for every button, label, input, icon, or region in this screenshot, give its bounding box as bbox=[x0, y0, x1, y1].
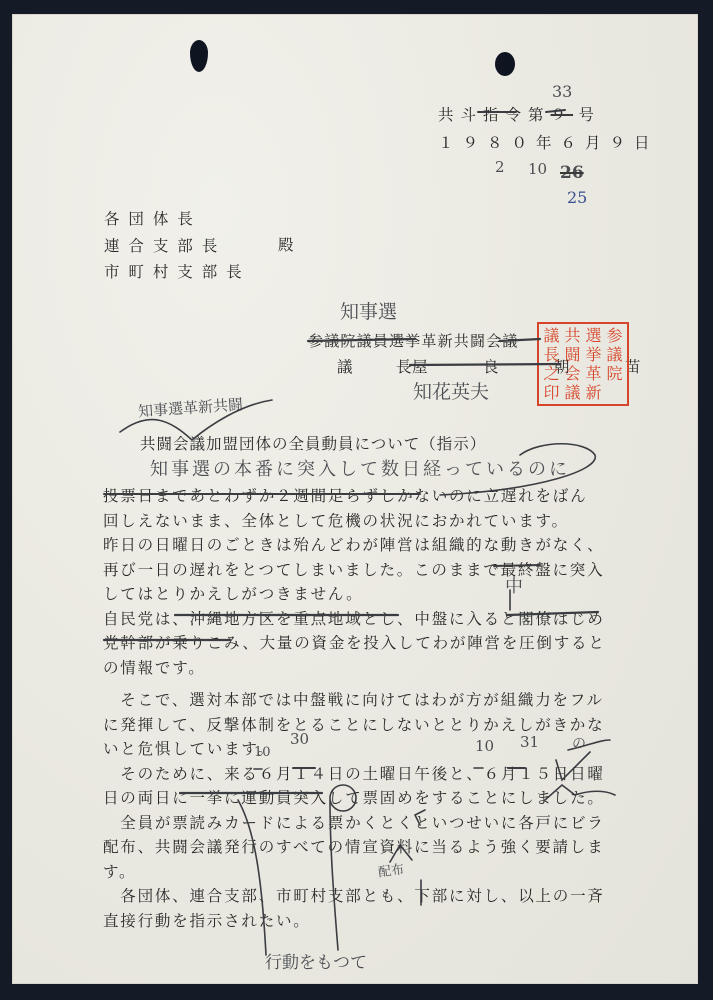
handwritten-date-day: 26 bbox=[560, 163, 584, 183]
document-date: １９８０年６月９日 bbox=[438, 131, 659, 153]
seal-char: 闘 bbox=[562, 345, 583, 364]
seal-char: 革 bbox=[583, 364, 604, 383]
handwritten-date-year: 2 bbox=[495, 158, 505, 176]
body-line: 各団体、連合支部、市町村支部とも、下部に対し、以上の一斉 bbox=[103, 884, 603, 909]
seal-char: 新 bbox=[583, 383, 604, 402]
handwritten-distribution-insert: 配布 bbox=[377, 858, 405, 880]
body-line: 全員が票読みカードによる票かくとくといつせいに各戸にビラ bbox=[103, 811, 603, 836]
body-line: 自民党は、沖縄地方区を重点地域とし、中盤に入ると閣僚はじめ bbox=[103, 607, 603, 632]
official-seal: 参 議 院 選 挙 革 新 共 闘 会 議 議 長 之 印 bbox=[537, 322, 629, 406]
seal-char: 長 bbox=[541, 345, 562, 364]
handwritten-date-correction-extra: の bbox=[572, 733, 586, 753]
body-line: 党幹部が乗りこみ、大量の資金を投入してわが陣営を圧倒すると bbox=[103, 631, 603, 656]
body-line: そこで、選対本部では中盤戦に向けてはわが方が組織力をフル bbox=[103, 688, 603, 713]
handwritten-bottom-note: 行動をもつて bbox=[265, 948, 367, 973]
seal-char: 印 bbox=[541, 383, 562, 402]
seal-char: 挙 bbox=[583, 345, 604, 364]
handwritten-body-insert: 知事選の本番に突入して数日経っているのに bbox=[150, 455, 570, 481]
addressee-honorific: 殿 bbox=[278, 233, 294, 255]
seal-char: 之 bbox=[541, 364, 562, 383]
body-line: 配布、共闘会議発行のすべての情宣資料に当るよう強く要請しま bbox=[103, 835, 603, 860]
addressee-line: 連 合 支 部 長 bbox=[104, 233, 244, 260]
handwritten-sender-insert: 知事選 bbox=[340, 297, 397, 324]
seal-char: 議 bbox=[604, 345, 625, 364]
punch-hole bbox=[495, 52, 515, 76]
handwritten-date-correction-month: 10 bbox=[254, 745, 271, 760]
body-line: 昨日の日曜日のごときは殆んどわが陣営は組織的な動きがなく、 bbox=[103, 533, 603, 558]
seal-char: 参 bbox=[604, 326, 625, 345]
addressee-line: 市 町 村 支 部 長 bbox=[104, 259, 244, 286]
body-paragraphs: 投票日まであとわずか２週間足らずしかないのに立遅れをばん 回しえないまま、全体と… bbox=[103, 484, 603, 933]
body-line: 投票日まであとわずか２週間足らずしかないのに立遅れをばん bbox=[103, 484, 603, 509]
sender-organization: 参議院議員選挙革新共闘会議 bbox=[308, 330, 519, 351]
document-number-label: 共斗指令第 bbox=[438, 106, 551, 124]
handwritten-date-correction-month-2: 10 bbox=[475, 737, 494, 755]
seal-char: 選 bbox=[583, 326, 604, 345]
body-line: してはとりかえしがつきません。 bbox=[103, 582, 603, 607]
body-line: の情報です。 bbox=[103, 656, 603, 681]
seal-char: 院 bbox=[604, 364, 625, 383]
addressee-block: 各 団 体 長 連 合 支 部 長 市 町 村 支 部 長 bbox=[104, 206, 244, 286]
addressee-line: 各 団 体 長 bbox=[104, 206, 244, 233]
body-line: 直接行動を指示されたい。 bbox=[103, 909, 603, 934]
handwritten-document-number: 33 bbox=[552, 82, 572, 101]
body-line: 回しえないまま、全体として危機の状況におかれています。 bbox=[103, 509, 603, 534]
subject-title: 共闘会議加盟団体の全員動員について（指示） bbox=[140, 432, 486, 454]
handwritten-final-stage-correction: 中 bbox=[505, 572, 523, 598]
seal-char: 議 bbox=[562, 383, 583, 402]
seal-char: 共 bbox=[562, 326, 583, 345]
seal-char: 議 bbox=[541, 326, 562, 345]
handwritten-date-month: 10 bbox=[528, 160, 547, 178]
body-line: す。 bbox=[103, 860, 603, 885]
body-line: 日の両日に一挙に運動員突入して票固めをすることにしました。 bbox=[103, 786, 603, 811]
handwritten-sender-name: 知花英夫 bbox=[413, 377, 489, 404]
body-line: 再び一日の遅れをとつてしまいました。このままで最終盤に突入 bbox=[103, 558, 603, 583]
body-line: そのために、来る６月１４日の土曜日午後と、６月１５日日曜 bbox=[103, 762, 603, 787]
seal-char: 会 bbox=[562, 364, 583, 383]
handwritten-date-blue: 25 bbox=[567, 188, 587, 207]
handwritten-date-correction-day: 30 bbox=[290, 730, 309, 748]
handwritten-date-correction-day-2: 31 bbox=[520, 733, 539, 751]
document-number-suffix: 号 bbox=[579, 106, 602, 124]
document-number: 共斗指令第９号 bbox=[438, 103, 601, 125]
document-number-original: ９ bbox=[551, 106, 574, 124]
sender-organization-text: 参議院議員選挙革新共闘会議 bbox=[308, 332, 519, 350]
